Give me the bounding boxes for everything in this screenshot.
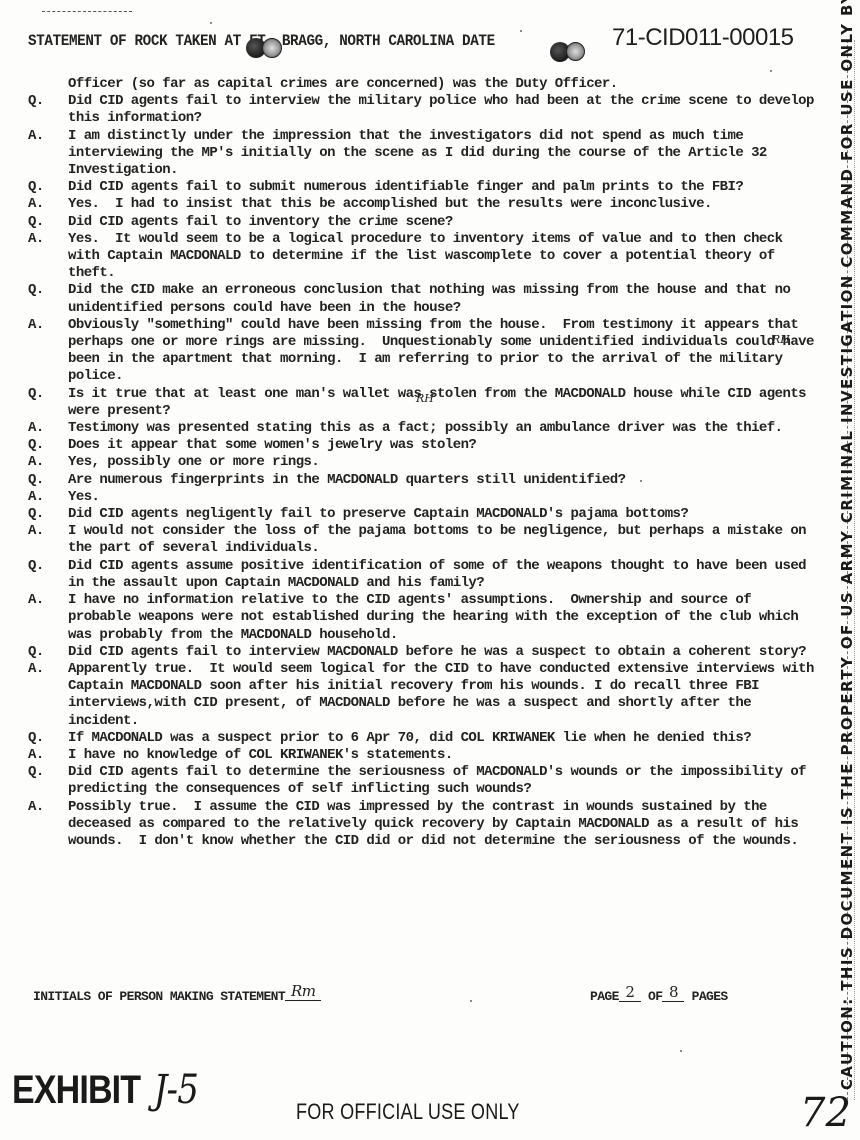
entry-label: Q. — [28, 179, 68, 196]
answer-entry: A.I am distinctly under the impression t… — [28, 128, 818, 180]
entry-label: A. — [28, 420, 68, 437]
entry-text: Is it true that at least one man's walle… — [68, 386, 818, 420]
question-entry: Q.Does it appear that some women's jewel… — [28, 437, 818, 454]
entry-label: A. — [28, 661, 68, 678]
answer-entry: A.Apparently true. It would seem logical… — [28, 661, 818, 730]
redaction-stamp-icon — [262, 38, 282, 58]
question-entry: Q.Did the CID make an erroneous conclusi… — [28, 282, 818, 316]
answer-entry: A.Obviously "something" could have been … — [28, 317, 818, 386]
answer-entry: A.Yes. It would seem to be a logical pro… — [28, 231, 818, 283]
question-entry: Q.Did CID agents negligently fail to pre… — [28, 506, 818, 523]
question-entry: Q.Did CID agents fail to inventory the c… — [28, 214, 818, 231]
scan-speck — [640, 480, 642, 482]
entry-label: Q. — [28, 437, 68, 454]
document-number: 71-CID011-00015 — [612, 24, 794, 52]
entry-label: Q. — [28, 558, 68, 575]
entry-text: I am distinctly under the impression tha… — [68, 128, 818, 180]
entry-label: A. — [28, 592, 68, 609]
question-entry: Q.Did CID agents fail to submit numerous… — [28, 179, 818, 196]
answer-entry: A.Yes. — [28, 489, 818, 506]
question-entry: Q.Did CID agents assume positive identif… — [28, 558, 818, 592]
entry-text: Officer (so far as capital crimes are co… — [68, 76, 818, 93]
entry-text: Obviously "something" could have been mi… — [68, 317, 818, 386]
entry-text: Yes. — [68, 489, 818, 506]
initials-label: INITIALS OF PERSON MAKING STATEMENT — [33, 989, 285, 1004]
page-current: 2 — [619, 983, 641, 1002]
answer-entry: A.I have no information relative to the … — [28, 592, 818, 644]
answer-entry: A.Testimony was presented stating this a… — [28, 420, 818, 437]
entry-text: Did CID agents negligently fail to prese… — [68, 506, 818, 523]
redaction-stamp-icon — [566, 42, 585, 61]
exhibit-stamp: EXHIBITJ-5 — [12, 1067, 198, 1113]
entry-label: A. — [28, 489, 68, 506]
scan-speck — [520, 30, 522, 32]
question-entry: Q.Did CID agents fail to determine the s… — [28, 764, 818, 798]
page-label-suffix: PAGES — [692, 989, 728, 1004]
entry-label: Q. — [28, 644, 68, 661]
entry-text: I have no knowledge of COL KRIWANEK's st… — [68, 747, 818, 764]
handwritten-initials: RH — [416, 392, 434, 405]
entry-text: Apparently true. It would seem logical f… — [68, 661, 818, 730]
initials-line: INITIALS OF PERSON MAKING STATEMENTRm — [33, 986, 321, 1005]
entry-text: Possibly true. I assume the CID was impr… — [68, 799, 818, 851]
entry-label: Q. — [28, 214, 68, 231]
handwritten-initials: RH — [772, 333, 790, 346]
entry-text: Testimony was presented stating this as … — [68, 420, 818, 437]
entry-label: Q. — [28, 386, 68, 403]
scan-speck — [470, 1000, 472, 1002]
entry-text: Does it appear that some women's jewelry… — [68, 437, 818, 454]
question-entry: Q.Are numerous fingerprints in the MACDO… — [28, 472, 818, 489]
answer-entry: A.Yes, possibly one or more rings. — [28, 454, 818, 471]
caution-notice: CAUTION: THIS DOCUMENT IS THE PROPERTY O… — [838, 50, 856, 1090]
scan-speck — [770, 70, 772, 72]
entry-label: Q. — [28, 764, 68, 781]
entry-text: I have no information relative to the CI… — [68, 592, 818, 644]
entry-text: Yes. It would seem to be a logical proce… — [68, 231, 818, 283]
entry-label: A. — [28, 799, 68, 816]
entry-text: Yes, possibly one or more rings. — [68, 454, 818, 471]
handwritten-page-number: 72 — [800, 1090, 851, 1136]
entry-text: If MACDONALD was a suspect prior to 6 Ap… — [68, 730, 818, 747]
initials-signature: Rm — [285, 982, 321, 1001]
question-entry: Q.Did CID agents fail to interview MACDO… — [28, 644, 818, 661]
entry-label: A. — [28, 523, 68, 540]
scan-speck — [210, 22, 212, 24]
entry-label: Q. — [28, 730, 68, 747]
top-rule — [42, 11, 132, 12]
page-label-prefix: PAGE — [590, 989, 619, 1004]
entry-label: A. — [28, 747, 68, 764]
entry-text: Did CID agents fail to determine the ser… — [68, 764, 818, 798]
question-entry: Q.If MACDONALD was a suspect prior to 6 … — [28, 730, 818, 747]
document-page: STATEMENT OF ROCK TAKEN AT FT. BRAGG, NO… — [0, 0, 860, 1140]
official-use-notice: FOR OFFICIAL USE ONLY — [296, 1099, 520, 1125]
entry-text: I would not consider the loss of the paj… — [68, 523, 818, 557]
entry-label: Q. — [28, 472, 68, 489]
continued-text: Officer (so far as capital crimes are co… — [28, 76, 818, 93]
entry-text: Are numerous fingerprints in the MACDONA… — [68, 472, 818, 489]
exhibit-label: EXHIBIT — [12, 1068, 140, 1112]
entry-label: Q. — [28, 506, 68, 523]
entry-label: A. — [28, 454, 68, 471]
answer-entry: A.Yes. I had to insist that this be acco… — [28, 196, 818, 213]
entry-text: Did CID agents fail to interview the mil… — [68, 93, 818, 127]
entry-text: Did CID agents fail to interview MACDONA… — [68, 644, 818, 661]
exhibit-number: J-5 — [154, 1067, 198, 1113]
entry-label: A. — [28, 128, 68, 145]
entry-label: A. — [28, 317, 68, 334]
entry-text: Did CID agents assume positive identific… — [68, 558, 818, 592]
answer-entry: A.I have no knowledge of COL KRIWANEK's … — [28, 747, 818, 764]
entry-text: Did CID agents fail to submit numerous i… — [68, 179, 818, 196]
entry-text: Did CID agents fail to inventory the cri… — [68, 214, 818, 231]
answer-entry: A.I would not consider the loss of the p… — [28, 523, 818, 557]
entry-label: A. — [28, 231, 68, 248]
page-of: OF — [648, 989, 662, 1004]
qa-list: Officer (so far as capital crimes are co… — [28, 76, 818, 850]
page-total: 8 — [662, 983, 684, 1002]
page-count: PAGE2 OF8 PAGES — [590, 986, 728, 1005]
scan-speck — [680, 1050, 682, 1052]
entry-text: Yes. I had to insist that this be accomp… — [68, 196, 818, 213]
entry-label: Q. — [28, 282, 68, 299]
entry-label: A. — [28, 196, 68, 213]
entry-label: Q. — [28, 93, 68, 110]
entry-text: Did the CID make an erroneous conclusion… — [68, 282, 818, 316]
answer-entry: A.Possibly true. I assume the CID was im… — [28, 799, 818, 851]
question-entry: Q.Did CID agents fail to interview the m… — [28, 93, 818, 127]
